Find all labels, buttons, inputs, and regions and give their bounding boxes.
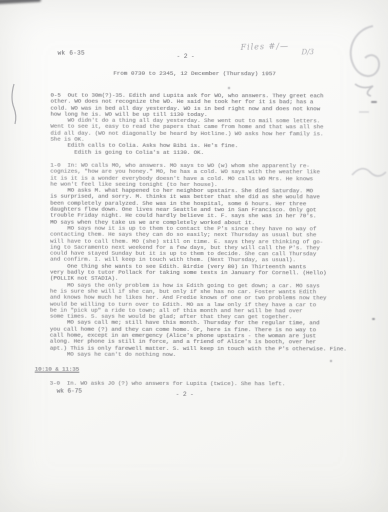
entry-number: 3-0 [50,380,60,387]
entry-text: MO asks M. what happened to her neighbor… [50,187,320,226]
log-block: MO says he can't do nothing now. [50,351,368,358]
log-block: Edith calls to Colia. Asks how Bibi is. … [50,143,368,156]
footer-doc-id: wk 6-75 [57,388,82,395]
entry-text: MO says call me; still have this month. … [50,319,347,352]
entry-text: WO didn't do a thing all day yesterday. … [50,117,323,143]
document-body: 0-5 Out to 30m(?)-35. Edith and Lupita a… [50,86,369,389]
header-doc-id: wk 6-35 [58,50,85,57]
log-period-title: From 0730 to 2345, 12 December (Thursday… [0,69,388,77]
entry-text: Edith calls to Colia. Asks how Bibi is. … [50,142,238,156]
header-page-number: - 2 - [177,53,195,60]
log-block: 3-0 In. WO asks JO (?) who answers for L… [50,381,368,388]
entry-text: MO says the only problem is how is Edith… [50,281,327,320]
log-block: 1-0 In: WO calls MO, who answers. MO say… [50,163,368,189]
log-block: 0-5 Out to 30m(?)-35. Edith and Lupita a… [50,93,368,119]
log-block: One thing she wants to see Edith. Birdie… [50,263,368,283]
log-block: 10:10 & 11:35 [35,367,368,374]
entry-text: MO says now it is up to them to contact … [50,225,323,264]
log-block: MO asks M. what happened to her neighbor… [50,188,368,227]
entry-text: In. WO asks JO (?) who answers for Lupit… [60,380,285,388]
log-block: MO says call me; still have this month. … [50,320,368,352]
footer-page-number: - 2 - [176,391,194,398]
handwritten-code: D/3 [301,48,314,56]
log-block: MO says the only problem is how is Edith… [50,282,368,321]
handwritten-annotation: Files #/— [240,41,289,52]
entry-text: Out to 30m(?)-35. Edith and Lupita ask f… [50,92,323,118]
entry-text: One thing she wants to see Edith. Birdie… [50,262,327,282]
log-block: MO says now it is up to them to contact … [50,226,368,265]
entry-text: In: WO calls MO, who answers. MO says to… [50,162,320,188]
log-block: WO didn't do a thing all day yesterday. … [50,118,368,144]
document-content: wk 6-35 - 2 - Files #/— D/3 From 0730 to… [0,0,388,512]
entry-text: 10:10 & 11:35 [35,366,79,373]
entry-text: MO says he can't do nothing now. [50,350,176,357]
scanned-document-page: wk 6-35 - 2 - Files #/— D/3 From 0730 to… [0,0,388,512]
